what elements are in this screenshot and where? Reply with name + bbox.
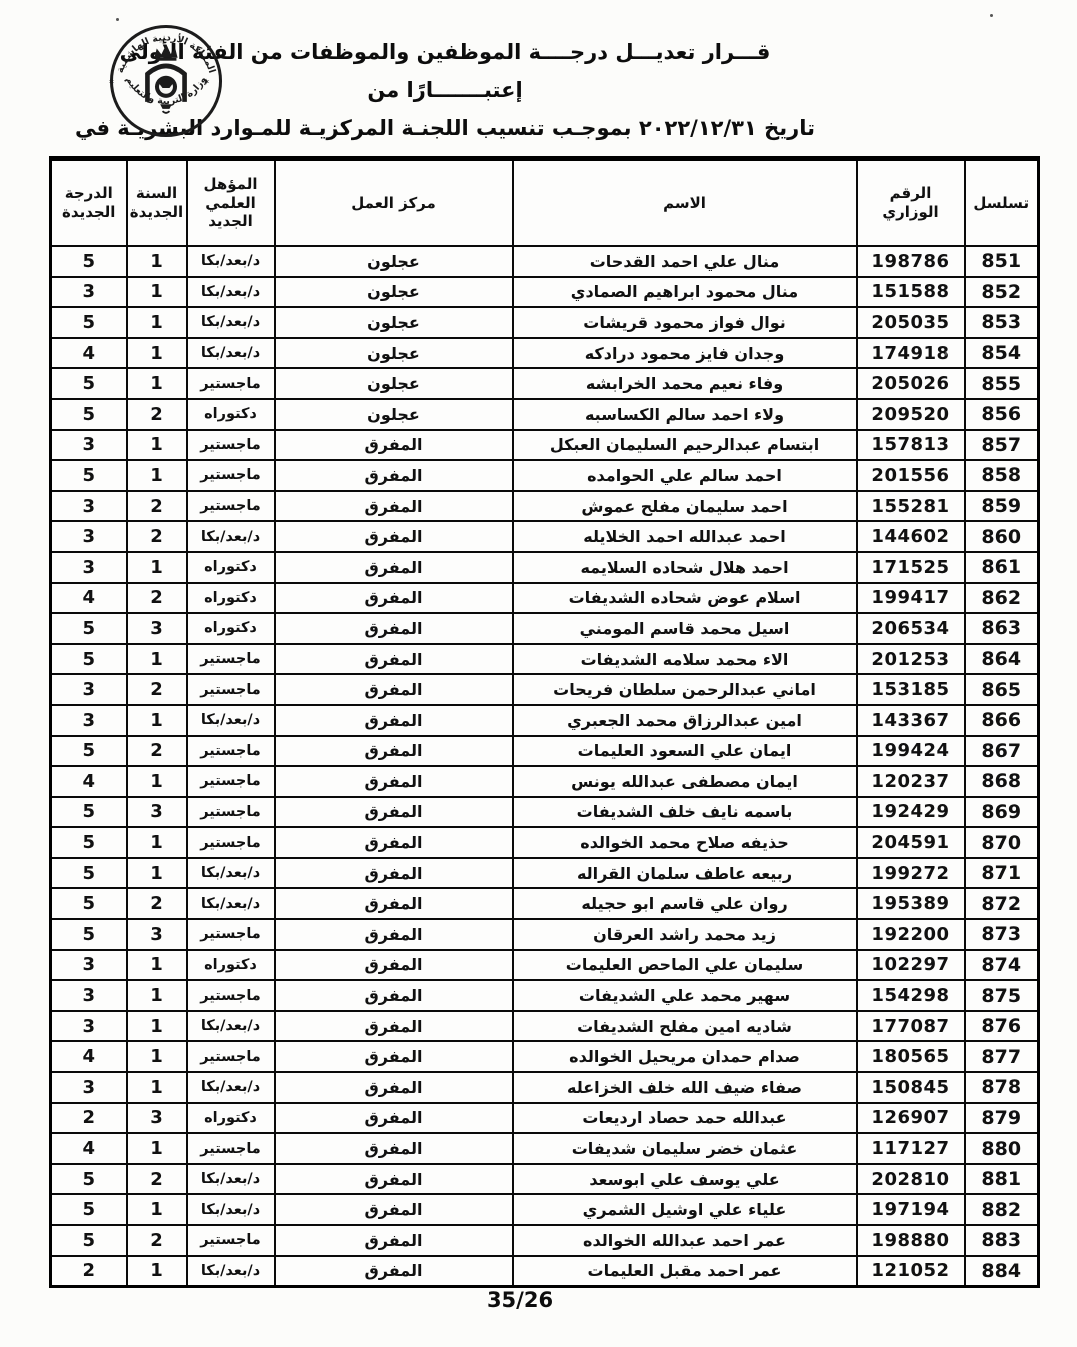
cell-new-year: 2 — [127, 399, 187, 430]
column-header-5: السنة الجديدة — [127, 159, 187, 247]
table-row: 869192429باسمه نايف خلف الشديفاتالمفرقما… — [51, 797, 1039, 828]
cell-ministry-number: 201556 — [857, 460, 965, 491]
cell-new-year: 1 — [127, 1133, 187, 1164]
cell-work-center: المفرق — [275, 644, 513, 675]
svg-text:✶: ✶ — [108, 76, 115, 86]
cell-qualification: د/بعد/بكا — [187, 307, 275, 338]
cell-new-year: 1 — [127, 950, 187, 981]
table-row: 859155281احمد سليمان مفلح عموشالمفرقماجس… — [51, 491, 1039, 522]
table-row: 863206534اسيل محمد قاسم المومنيالمفرقدكت… — [51, 613, 1039, 644]
cell-new-year: 1 — [127, 368, 187, 399]
cell-work-center: المفرق — [275, 950, 513, 981]
cell-name: صدام حمدان مريحيل الخوالده — [513, 1041, 857, 1072]
cell-serial: 851 — [965, 246, 1039, 277]
table-row: 876177087شاديه امين مفلح الشديفاتالمفرقد… — [51, 1011, 1039, 1042]
table-row: 868120237ايمان مصطفى عبدالله يونسالمفرقم… — [51, 766, 1039, 797]
cell-serial: 882 — [965, 1194, 1039, 1225]
cell-name: علياء علي اوشيل الشمري — [513, 1194, 857, 1225]
cell-qualification: دكتوراه — [187, 613, 275, 644]
table-row: 851198786منال علي احمد القدحاتعجلوند/بعد… — [51, 246, 1039, 277]
cell-serial: 856 — [965, 399, 1039, 430]
cell-ministry-number: 199417 — [857, 583, 965, 614]
cell-new-year: 1 — [127, 1011, 187, 1042]
cell-name: منال علي احمد القدحات — [513, 246, 857, 277]
table-row: 867199424ايمان علي السعود العليماتالمفرق… — [51, 736, 1039, 767]
table-row: 858201556احمد سالم علي الحوامدهالمفرقماج… — [51, 460, 1039, 491]
cell-ministry-number: 204591 — [857, 827, 965, 858]
cell-new-year: 2 — [127, 888, 187, 919]
cell-qualification: ماجستير — [187, 766, 275, 797]
cell-new-grade: 3 — [51, 491, 127, 522]
cell-qualification: ماجستير — [187, 980, 275, 1011]
cell-qualification: ماجستير — [187, 491, 275, 522]
cell-serial: 880 — [965, 1133, 1039, 1164]
cell-new-year: 2 — [127, 491, 187, 522]
table-row: 879126907عبدالله حمد حصاد ارديعاتالمفرقد… — [51, 1103, 1039, 1134]
cell-new-year: 3 — [127, 613, 187, 644]
table-row: 857157813ابتسام عبدالرحيم السليمان العبك… — [51, 430, 1039, 461]
table-row: 852151588منال محمود ابراهيم الصماديعجلون… — [51, 277, 1039, 308]
cell-work-center: عجلون — [275, 246, 513, 277]
cell-ministry-number: 144602 — [857, 521, 965, 552]
cell-qualification: د/بعد/بكا — [187, 1194, 275, 1225]
cell-qualification: ماجستير — [187, 797, 275, 828]
cell-work-center: عجلون — [275, 277, 513, 308]
table-row: 877180565صدام حمدان مريحيل الخوالدهالمفر… — [51, 1041, 1039, 1072]
cell-new-grade: 5 — [51, 307, 127, 338]
cell-qualification: د/بعد/بكا — [187, 705, 275, 736]
cell-work-center: المفرق — [275, 705, 513, 736]
cell-qualification: دكتوراه — [187, 583, 275, 614]
cell-ministry-number: 174918 — [857, 338, 965, 369]
cell-ministry-number: 102297 — [857, 950, 965, 981]
cell-work-center: المفرق — [275, 888, 513, 919]
cell-new-year: 1 — [127, 980, 187, 1011]
cell-work-center: المفرق — [275, 521, 513, 552]
cell-work-center: المفرق — [275, 1011, 513, 1042]
cell-work-center: المفرق — [275, 674, 513, 705]
cell-ministry-number: 205026 — [857, 368, 965, 399]
cell-name: وجدان فايز محمود درادكه — [513, 338, 857, 369]
cell-name: علي يوسف علي ابوسعد — [513, 1164, 857, 1195]
table-row: 866143367امين عبدالرزاق محمد الجعبريالمف… — [51, 705, 1039, 736]
cell-new-year: 1 — [127, 1072, 187, 1103]
cell-new-year: 1 — [127, 1256, 187, 1287]
cell-name: احمد سليمان مفلح عموش — [513, 491, 857, 522]
cell-new-grade: 4 — [51, 766, 127, 797]
cell-serial: 884 — [965, 1256, 1039, 1287]
cell-qualification: ماجستير — [187, 674, 275, 705]
cell-qualification: ماجستير — [187, 919, 275, 950]
cell-ministry-number: 192200 — [857, 919, 965, 950]
cell-new-year: 3 — [127, 1103, 187, 1134]
table-row: 860144602احمد عبدالله احمد الخلايلهالمفر… — [51, 521, 1039, 552]
cell-serial: 857 — [965, 430, 1039, 461]
cell-ministry-number: 157813 — [857, 430, 965, 461]
cell-serial: 878 — [965, 1072, 1039, 1103]
cell-new-grade: 5 — [51, 1194, 127, 1225]
cell-new-year: 1 — [127, 460, 187, 491]
column-header-4: المؤهل العلمي الجديد — [187, 159, 275, 247]
cell-qualification: ماجستير — [187, 736, 275, 767]
cell-work-center: المفرق — [275, 491, 513, 522]
cell-ministry-number: 198880 — [857, 1225, 965, 1256]
cell-ministry-number: 205035 — [857, 307, 965, 338]
scan-speck — [116, 18, 119, 21]
cell-new-year: 1 — [127, 430, 187, 461]
cell-work-center: المفرق — [275, 1072, 513, 1103]
cell-ministry-number: 180565 — [857, 1041, 965, 1072]
cell-serial: 877 — [965, 1041, 1039, 1072]
cell-serial: 872 — [965, 888, 1039, 919]
cell-new-grade: 4 — [51, 583, 127, 614]
cell-ministry-number: 177087 — [857, 1011, 965, 1042]
table-row: 881202810علي يوسف علي ابوسعدالمفرقد/بعد/… — [51, 1164, 1039, 1195]
cell-new-grade: 5 — [51, 613, 127, 644]
cell-name: احمد سالم علي الحوامده — [513, 460, 857, 491]
cell-name: شاديه امين مفلح الشديفات — [513, 1011, 857, 1042]
cell-serial: 865 — [965, 674, 1039, 705]
cell-name: نوال فواز محمود قريشات — [513, 307, 857, 338]
cell-ministry-number: 171525 — [857, 552, 965, 583]
cell-new-grade: 3 — [51, 552, 127, 583]
cell-serial: 855 — [965, 368, 1039, 399]
cell-new-year: 1 — [127, 338, 187, 369]
cell-work-center: المفرق — [275, 460, 513, 491]
cell-qualification: د/بعد/بكا — [187, 246, 275, 277]
column-header-2: الاسم — [513, 159, 857, 247]
table-row: 853205035نوال فواز محمود قريشاتعجلوند/بع… — [51, 307, 1039, 338]
cell-serial: 876 — [965, 1011, 1039, 1042]
cell-new-grade: 3 — [51, 521, 127, 552]
cell-new-year: 1 — [127, 705, 187, 736]
cell-name: منال محمود ابراهيم الصمادي — [513, 277, 857, 308]
cell-work-center: المفرق — [275, 430, 513, 461]
table-row: 870204591حذيفه صلاح محمد الخوالدهالمفرقم… — [51, 827, 1039, 858]
table-row: 880117127عثمان خضر سليمان شديفاتالمفرقما… — [51, 1133, 1039, 1164]
cell-qualification: د/بعد/بكا — [187, 338, 275, 369]
cell-name: امين عبدالرزاق محمد الجعبري — [513, 705, 857, 736]
cell-name: عمر احمد عبدالله الخوالده — [513, 1225, 857, 1256]
cell-new-grade: 3 — [51, 705, 127, 736]
cell-serial: 883 — [965, 1225, 1039, 1256]
cell-name: زيد محمد راشد العرقان — [513, 919, 857, 950]
cell-name: ربيعه عاطف سلمان القراله — [513, 858, 857, 889]
cell-new-year: 2 — [127, 1225, 187, 1256]
cell-new-grade: 5 — [51, 1225, 127, 1256]
cell-serial: 861 — [965, 552, 1039, 583]
cell-work-center: المفرق — [275, 1103, 513, 1134]
cell-new-year: 2 — [127, 1164, 187, 1195]
column-header-3: مركز العمل — [275, 159, 513, 247]
table-body: 851198786منال علي احمد القدحاتعجلوند/بعد… — [51, 246, 1039, 1287]
page-number: 35/26 — [0, 1288, 1040, 1312]
cell-new-grade: 5 — [51, 919, 127, 950]
cell-new-grade: 3 — [51, 980, 127, 1011]
cell-new-grade: 4 — [51, 1041, 127, 1072]
cell-ministry-number: 126907 — [857, 1103, 965, 1134]
cell-work-center: المفرق — [275, 858, 513, 889]
cell-ministry-number: 153185 — [857, 674, 965, 705]
grade-adjustment-table: تسلسلالرقم الوزاريالاسممركز العملالمؤهل … — [49, 156, 1040, 1288]
table-row: 875154298سهير محمد علي الشديفاتالمفرقماج… — [51, 980, 1039, 1011]
table-row: 855205026وفاء نعيم محمد الخرابشهعجلونماج… — [51, 368, 1039, 399]
cell-new-year: 1 — [127, 307, 187, 338]
cell-work-center: المفرق — [275, 1164, 513, 1195]
cell-new-year: 3 — [127, 797, 187, 828]
table-row: 872195389روان علي قاسم ابو حجيلهالمفرقد/… — [51, 888, 1039, 919]
cell-qualification: د/بعد/بكا — [187, 1072, 275, 1103]
cell-serial: 873 — [965, 919, 1039, 950]
cell-ministry-number: 199424 — [857, 736, 965, 767]
cell-qualification: دكتوراه — [187, 950, 275, 981]
cell-serial: 869 — [965, 797, 1039, 828]
cell-serial: 863 — [965, 613, 1039, 644]
cell-serial: 875 — [965, 980, 1039, 1011]
cell-work-center: المفرق — [275, 827, 513, 858]
cell-ministry-number: 201253 — [857, 644, 965, 675]
cell-serial: 874 — [965, 950, 1039, 981]
cell-new-grade: 5 — [51, 246, 127, 277]
cell-name: اماني عبدالرحمن سلطان فريحات — [513, 674, 857, 705]
cell-qualification: ماجستير — [187, 460, 275, 491]
cell-qualification: د/بعد/بكا — [187, 521, 275, 552]
cell-new-year: 2 — [127, 674, 187, 705]
cell-name: باسمه نايف خلف الشديفات — [513, 797, 857, 828]
cell-new-grade: 4 — [51, 1133, 127, 1164]
cell-new-grade: 5 — [51, 797, 127, 828]
cell-serial: 868 — [965, 766, 1039, 797]
cell-ministry-number: 199272 — [857, 858, 965, 889]
cell-ministry-number: 195389 — [857, 888, 965, 919]
cell-new-year: 2 — [127, 736, 187, 767]
cell-work-center: المفرق — [275, 1225, 513, 1256]
cell-qualification: ماجستير — [187, 368, 275, 399]
cell-name: حذيفه صلاح محمد الخوالده — [513, 827, 857, 858]
table-row: 862199417اسلام عوض شحاده الشديفاتالمفرقد… — [51, 583, 1039, 614]
cell-new-year: 2 — [127, 583, 187, 614]
cell-new-grade: 2 — [51, 1103, 127, 1134]
table-row: 878150845صفاء ضيف الله خلف الخزاعلهالمفر… — [51, 1072, 1039, 1103]
cell-name: عثمان خضر سليمان شديفات — [513, 1133, 857, 1164]
table-row: 861171525احمد هلال شحاده السلايمهالمفرقد… — [51, 552, 1039, 583]
cell-new-year: 1 — [127, 766, 187, 797]
cell-name: اسيل محمد قاسم المومني — [513, 613, 857, 644]
table-row: 856209520ولاء احمد سالم الكساسبهعجلوندكت… — [51, 399, 1039, 430]
cell-new-year: 1 — [127, 644, 187, 675]
cell-work-center: المفرق — [275, 1133, 513, 1164]
cell-serial: 852 — [965, 277, 1039, 308]
cell-qualification: ماجستير — [187, 1041, 275, 1072]
cell-new-year: 1 — [127, 1194, 187, 1225]
cell-serial: 866 — [965, 705, 1039, 736]
column-header-1: الرقم الوزاري — [857, 159, 965, 247]
cell-new-year: 2 — [127, 521, 187, 552]
cell-name: ولاء احمد سالم الكساسبه — [513, 399, 857, 430]
table-row: 854174918وجدان فايز محمود درادكهعجلوند/ب… — [51, 338, 1039, 369]
table-head: تسلسلالرقم الوزاريالاسممركز العملالمؤهل … — [51, 159, 1039, 247]
cell-name: عبدالله حمد حصاد ارديعات — [513, 1103, 857, 1134]
cell-name: عمر احمد مقبل العليمات — [513, 1256, 857, 1287]
cell-new-grade: 5 — [51, 460, 127, 491]
cell-work-center: عجلون — [275, 368, 513, 399]
cell-name: اسلام عوض شحاده الشديفات — [513, 583, 857, 614]
cell-new-grade: 2 — [51, 1256, 127, 1287]
cell-new-year: 3 — [127, 919, 187, 950]
cell-serial: 859 — [965, 491, 1039, 522]
cell-qualification: دكتوراه — [187, 1103, 275, 1134]
cell-name: سليمان علي الماحص العليمات — [513, 950, 857, 981]
column-header-0: تسلسل — [965, 159, 1039, 247]
cell-qualification: د/بعد/بكا — [187, 858, 275, 889]
table-row: 864201253الاء محمد سلامه الشديفاتالمفرقم… — [51, 644, 1039, 675]
cell-new-grade: 5 — [51, 736, 127, 767]
document-page: قـــرار تعديـــل درجــــة الموظفين والمو… — [0, 0, 1077, 1347]
cell-qualification: د/بعد/بكا — [187, 1011, 275, 1042]
cell-ministry-number: 121052 — [857, 1256, 965, 1287]
cell-work-center: المفرق — [275, 766, 513, 797]
cell-qualification: ماجستير — [187, 1225, 275, 1256]
cell-new-year: 1 — [127, 246, 187, 277]
cell-ministry-number: 206534 — [857, 613, 965, 644]
cell-qualification: دكتوراه — [187, 552, 275, 583]
cell-work-center: المفرق — [275, 797, 513, 828]
cell-ministry-number: 155281 — [857, 491, 965, 522]
cell-serial: 867 — [965, 736, 1039, 767]
cell-new-grade: 5 — [51, 858, 127, 889]
cell-work-center: المفرق — [275, 919, 513, 950]
cell-work-center: المفرق — [275, 1194, 513, 1225]
cell-qualification: د/بعد/بكا — [187, 277, 275, 308]
cell-serial: 881 — [965, 1164, 1039, 1195]
table-row: 874102297سليمان علي الماحص العليماتالمفر… — [51, 950, 1039, 981]
cell-qualification: د/بعد/بكا — [187, 1164, 275, 1195]
cell-new-grade: 5 — [51, 368, 127, 399]
cell-new-year: 1 — [127, 827, 187, 858]
cell-serial: 879 — [965, 1103, 1039, 1134]
cell-work-center: المفرق — [275, 1041, 513, 1072]
cell-ministry-number: 154298 — [857, 980, 965, 1011]
table-row: 873192200زيد محمد راشد العرقانالمفرقماجس… — [51, 919, 1039, 950]
cell-work-center: عجلون — [275, 307, 513, 338]
table-header-row: تسلسلالرقم الوزاريالاسممركز العملالمؤهل … — [51, 159, 1039, 247]
cell-new-grade: 3 — [51, 430, 127, 461]
table-row: 865153185اماني عبدالرحمن سلطان فريحاتالم… — [51, 674, 1039, 705]
cell-name: سهير محمد علي الشديفات — [513, 980, 857, 1011]
cell-ministry-number: 202810 — [857, 1164, 965, 1195]
ministry-seal-icon: المملكة الأردنية الهاشمية وزارة التربية … — [108, 22, 224, 140]
cell-serial: 864 — [965, 644, 1039, 675]
cell-serial: 854 — [965, 338, 1039, 369]
table-row: 871199272ربيعه عاطف سلمان القرالهالمفرقد… — [51, 858, 1039, 889]
table-row: 884121052عمر احمد مقبل العليماتالمفرقد/ب… — [51, 1256, 1039, 1287]
cell-serial: 862 — [965, 583, 1039, 614]
cell-qualification: ماجستير — [187, 827, 275, 858]
svg-text:✶: ✶ — [203, 76, 210, 86]
cell-work-center: المفرق — [275, 980, 513, 1011]
cell-new-grade: 4 — [51, 338, 127, 369]
cell-new-grade: 3 — [51, 950, 127, 981]
cell-new-grade: 5 — [51, 1164, 127, 1195]
cell-name: صفاء ضيف الله خلف الخزاعله — [513, 1072, 857, 1103]
table-row: 882197194علياء علي اوشيل الشمريالمفرقد/ب… — [51, 1194, 1039, 1225]
cell-ministry-number: 198786 — [857, 246, 965, 277]
cell-qualification: ماجستير — [187, 430, 275, 461]
cell-new-grade: 5 — [51, 399, 127, 430]
cell-name: ايمان مصطفى عبدالله يونس — [513, 766, 857, 797]
cell-qualification: دكتوراه — [187, 399, 275, 430]
cell-work-center: عجلون — [275, 399, 513, 430]
column-header-6: الدرجة الجديدة — [51, 159, 127, 247]
cell-new-grade: 3 — [51, 1011, 127, 1042]
cell-new-grade: 3 — [51, 1072, 127, 1103]
cell-name: الاء محمد سلامه الشديفات — [513, 644, 857, 675]
cell-name: ايمان علي السعود العليمات — [513, 736, 857, 767]
cell-new-grade: 3 — [51, 674, 127, 705]
cell-work-center: المفرق — [275, 613, 513, 644]
cell-new-grade: 3 — [51, 277, 127, 308]
cell-ministry-number: 197194 — [857, 1194, 965, 1225]
cell-qualification: ماجستير — [187, 644, 275, 675]
cell-work-center: عجلون — [275, 338, 513, 369]
cell-work-center: المفرق — [275, 552, 513, 583]
cell-ministry-number: 192429 — [857, 797, 965, 828]
cell-work-center: المفرق — [275, 583, 513, 614]
cell-ministry-number: 150845 — [857, 1072, 965, 1103]
cell-new-year: 1 — [127, 1041, 187, 1072]
cell-serial: 858 — [965, 460, 1039, 491]
cell-serial: 870 — [965, 827, 1039, 858]
cell-new-grade: 5 — [51, 644, 127, 675]
cell-work-center: المفرق — [275, 736, 513, 767]
cell-name: احمد هلال شحاده السلايمه — [513, 552, 857, 583]
cell-serial: 853 — [965, 307, 1039, 338]
cell-new-year: 1 — [127, 552, 187, 583]
cell-name: ابتسام عبدالرحيم السليمان العبكل — [513, 430, 857, 461]
ministry-seal: المملكة الأردنية الهاشمية وزارة التربية … — [108, 22, 224, 140]
cell-ministry-number: 209520 — [857, 399, 965, 430]
cell-work-center: المفرق — [275, 1256, 513, 1287]
cell-qualification: ماجستير — [187, 1133, 275, 1164]
cell-new-year: 1 — [127, 277, 187, 308]
cell-new-grade: 5 — [51, 888, 127, 919]
cell-serial: 871 — [965, 858, 1039, 889]
cell-qualification: د/بعد/بكا — [187, 1256, 275, 1287]
table-row: 883198880عمر احمد عبدالله الخوالدهالمفرق… — [51, 1225, 1039, 1256]
cell-serial: 860 — [965, 521, 1039, 552]
cell-qualification: د/بعد/بكا — [187, 888, 275, 919]
cell-ministry-number: 120237 — [857, 766, 965, 797]
cell-name: روان علي قاسم ابو حجيله — [513, 888, 857, 919]
scan-speck — [945, 352, 947, 356]
cell-name: وفاء نعيم محمد الخرابشه — [513, 368, 857, 399]
cell-new-year: 1 — [127, 858, 187, 889]
scan-speck — [990, 14, 993, 17]
cell-ministry-number: 143367 — [857, 705, 965, 736]
cell-new-grade: 5 — [51, 827, 127, 858]
cell-name: احمد عبدالله احمد الخلايله — [513, 521, 857, 552]
cell-ministry-number: 117127 — [857, 1133, 965, 1164]
cell-ministry-number: 151588 — [857, 277, 965, 308]
